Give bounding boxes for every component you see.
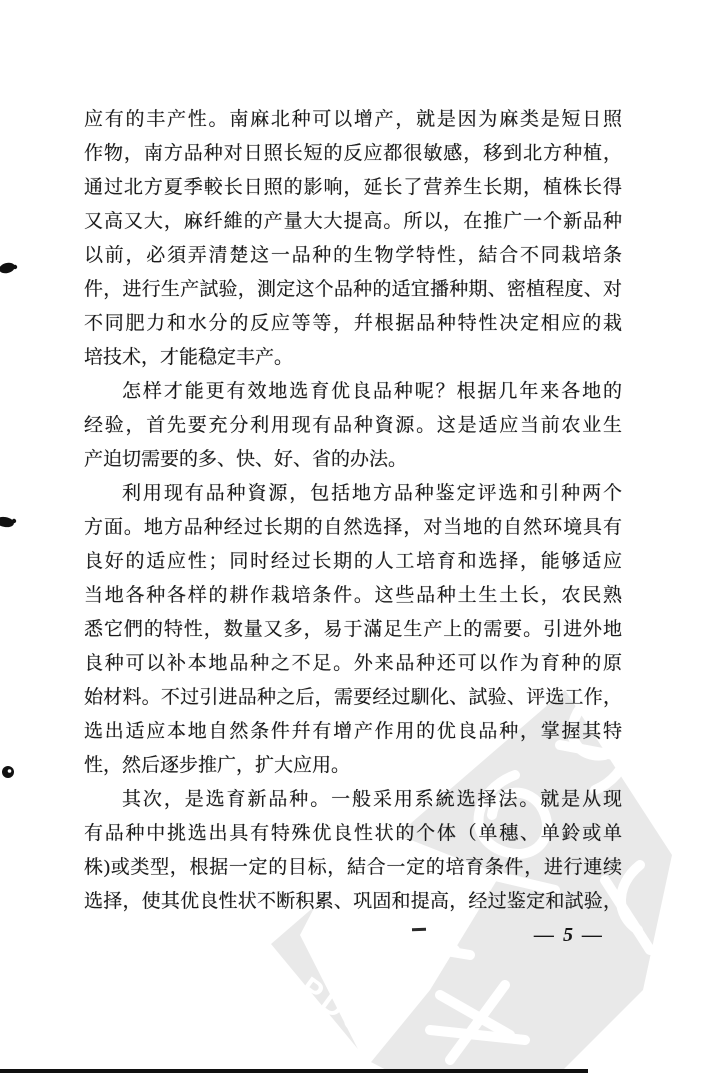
text-line: 件，进行生产試验，測定这个品种的适宜播种期、密植程度、对 xyxy=(84,273,622,307)
ink-blob-top xyxy=(0,258,22,278)
text-line: 始材料。不过引进品种之后，需要经过馴化、試验、评选工作， xyxy=(84,681,622,715)
text-line: 作物，南方品种对日照长短的反应都很敏感，移到北方种植， xyxy=(84,137,622,171)
text-line: 利用现有品种資源，包括地方品种鉴定评选和引种两个 xyxy=(84,477,622,511)
text-line: 选择，使其优良性状不断积累、巩固和提高，经过鉴定和試验， xyxy=(84,885,622,919)
text-line: 以前，必須弄清楚这一品种的生物学特性，結合不同栽培条 xyxy=(84,239,622,273)
text-line: 选出适应本地自然条件幷有增产作用的优良品种，掌握其特 xyxy=(84,715,622,749)
text-line: 其次，是选育新品种。一般采用系統选择法。就是从现 xyxy=(84,783,622,817)
text-line: 经验，首先要充分利用现有品种資源。这是适应当前农业生 xyxy=(84,409,622,443)
text-line: 性，然后逐步推广，扩大应用。 xyxy=(84,749,622,783)
text-line: 悉它們的特性，数量又多，易于滿足生产上的需要。引进外地 xyxy=(84,613,622,647)
scan-edge-strip xyxy=(0,1069,588,1073)
text-line: 通过北方夏季較长日照的影响，延长了营养生长期，植株长得 xyxy=(84,171,622,205)
text-line: 又高又大，麻纤維的产量大大提高。所以，在推广一个新品种 xyxy=(84,205,622,239)
text-line: 怎样才能更有效地选育优良品种呢？根据几年来各地的 xyxy=(84,375,622,409)
text-block: 应有的丰产性。南麻北种可以增产，就是因为麻类是短日照作物，南方品种对日照长短的反… xyxy=(84,103,622,919)
text-line: 有品种中挑选出具有特殊优良性状的个体（单穗、单鈴或单 xyxy=(84,817,622,851)
text-line: 应有的丰产性。南麻北种可以增产，就是因为麻类是短日照 xyxy=(84,103,622,137)
text-line: 不同肥力和水分的反应等等，幷根据品种特性决定相应的栽 xyxy=(84,307,622,341)
watermark-pdg-label: PDG xyxy=(294,971,378,1045)
text-line: 产迫切需要的多、快、好、省的办法。 xyxy=(84,443,622,477)
dash-speck xyxy=(412,928,426,931)
ink-blob-bottom xyxy=(0,763,20,781)
page-number: — 5 — xyxy=(524,924,614,947)
text-line: 良好的适应性；同时经过长期的人工培育和选择，能够适应 xyxy=(84,545,622,579)
text-line: 当地各种各样的耕作栽培条件。这些品种土生土长，农民熟 xyxy=(84,579,622,613)
ink-blob-middle xyxy=(0,512,22,532)
text-line: 培技术，才能稳定丰产。 xyxy=(84,341,622,375)
text-line: 良种可以补本地品种之不足。外来品种还可以作为育种的原 xyxy=(84,647,622,681)
text-line: 株)或类型，根据一定的目标，結合一定的培育条件，进行連续 xyxy=(84,851,622,885)
text-line: 方面。地方品种经过长期的自然选择，对当地的自然环境具有 xyxy=(84,511,622,545)
scanned-page: PDG 应有的丰产性。南麻北种可以增产，就是因为麻类是短日照作物，南方品种对日照… xyxy=(0,0,702,1073)
